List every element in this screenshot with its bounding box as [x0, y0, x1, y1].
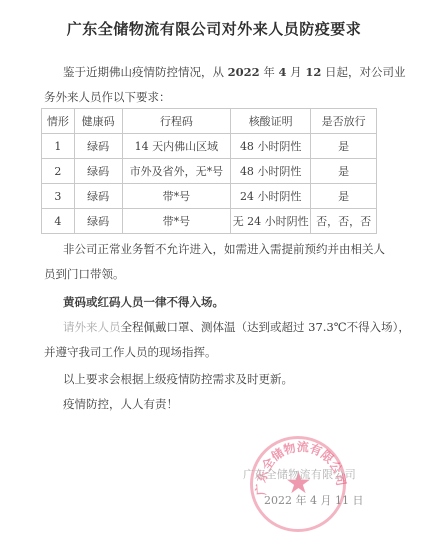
- paragraph-mask-temperature-line-2: 并遵守我司工作人员的现场指挥。: [44, 345, 217, 359]
- table-row: 3 绿码 带*号 24 小时阴性 是: [42, 184, 377, 209]
- cell-itinerary-code: 14 天内佛山区域: [122, 134, 231, 159]
- cell-case: 2: [42, 159, 75, 184]
- cell-health-code: 绿码: [74, 209, 122, 234]
- intro-line-1: 鉴于近期佛山疫情防控情况，从 2022 年 4 月 12 日起，对公司业: [63, 65, 405, 79]
- header-allowed: 是否放行: [311, 109, 377, 134]
- table-row: 2 绿码 市外及省外，无*号 48 小时阴性 是: [42, 159, 377, 184]
- cell-allowed: 是: [311, 184, 377, 209]
- intro-month-unit: 月: [287, 65, 306, 79]
- cell-nucleic-test: 48 小时阴性: [231, 159, 311, 184]
- header-nucleic-test: 核酸证明: [231, 109, 311, 134]
- intro-suffix: 日起，对公司业: [321, 65, 405, 79]
- cell-allowed: 是: [311, 134, 377, 159]
- intro-prefix: 鉴于近期佛山疫情防控情况，从: [63, 65, 228, 79]
- cell-itinerary-code: 带*号: [122, 209, 231, 234]
- cell-case: 1: [42, 134, 75, 159]
- intro-year-unit: 年: [260, 65, 279, 79]
- cell-nucleic-test: 48 小时阴性: [231, 134, 311, 159]
- intro-month: 4: [278, 65, 286, 79]
- signature-company: 广东全储物流有限公司: [243, 466, 356, 482]
- cell-nucleic-test: 无 24 小时阴性: [231, 209, 311, 234]
- cell-allowed: 是: [311, 159, 377, 184]
- cell-itinerary-code: 市外及省外，无*号: [122, 159, 231, 184]
- cell-health-code: 绿码: [74, 134, 122, 159]
- paragraph-access-line-1: 非公司正常业务暂不允许进入，如需进入需提前预约并由相关人: [63, 242, 385, 256]
- cell-case: 3: [42, 184, 75, 209]
- paragraph-yellow-red-code: 黄码或红码人员一律不得入场。: [63, 295, 224, 309]
- cell-itinerary-code: 带*号: [122, 184, 231, 209]
- cell-health-code: 绿码: [74, 184, 122, 209]
- cell-health-code: 绿码: [74, 159, 122, 184]
- intro-day: 12: [305, 65, 321, 79]
- cell-nucleic-test: 24 小时阴性: [231, 184, 311, 209]
- visitor-label: 请外来人员: [63, 320, 121, 334]
- intro-line-2: 务外来人员作以下要求：: [44, 90, 171, 104]
- paragraph-update-notice: 以上要求会根据上级疫情防控需求及时更新。: [63, 372, 293, 386]
- paragraph-access-line-2: 员到门口带领。: [44, 267, 125, 281]
- header-health-code: 健康码: [74, 109, 122, 134]
- header-itinerary-code: 行程码: [122, 109, 231, 134]
- table-header-row: 情形 健康码 行程码 核酸证明 是否放行: [42, 109, 377, 134]
- requirements-table: 情形 健康码 行程码 核酸证明 是否放行 1 绿码 14 天内佛山区域 48 小…: [41, 108, 377, 234]
- intro-year: 2022: [228, 65, 260, 79]
- document-title: 广东全储物流有限公司对外来人员防疫要求: [0, 18, 428, 39]
- signature-date: 2022 年 4 月 11 日: [264, 492, 363, 508]
- table-row: 4 绿码 带*号 无 24 小时阴性 否，否，否: [42, 209, 377, 234]
- company-seal: 广东全储物流有限公司 ★: [250, 436, 346, 532]
- header-case: 情形: [42, 109, 75, 134]
- paragraph-mask-temperature-line-1: 请外来人员全程佩戴口罩、测体温（达到或超过 37.3℃不得入场），: [63, 320, 410, 334]
- cell-allowed: 否，否，否: [311, 209, 377, 234]
- mask-temperature-text: 全程佩戴口罩、测体温（达到或超过 37.3℃不得入场），: [121, 320, 410, 334]
- cell-case: 4: [42, 209, 75, 234]
- paragraph-slogan: 疫情防控，人人有责！: [63, 397, 178, 411]
- table-row: 1 绿码 14 天内佛山区域 48 小时阴性 是: [42, 134, 377, 159]
